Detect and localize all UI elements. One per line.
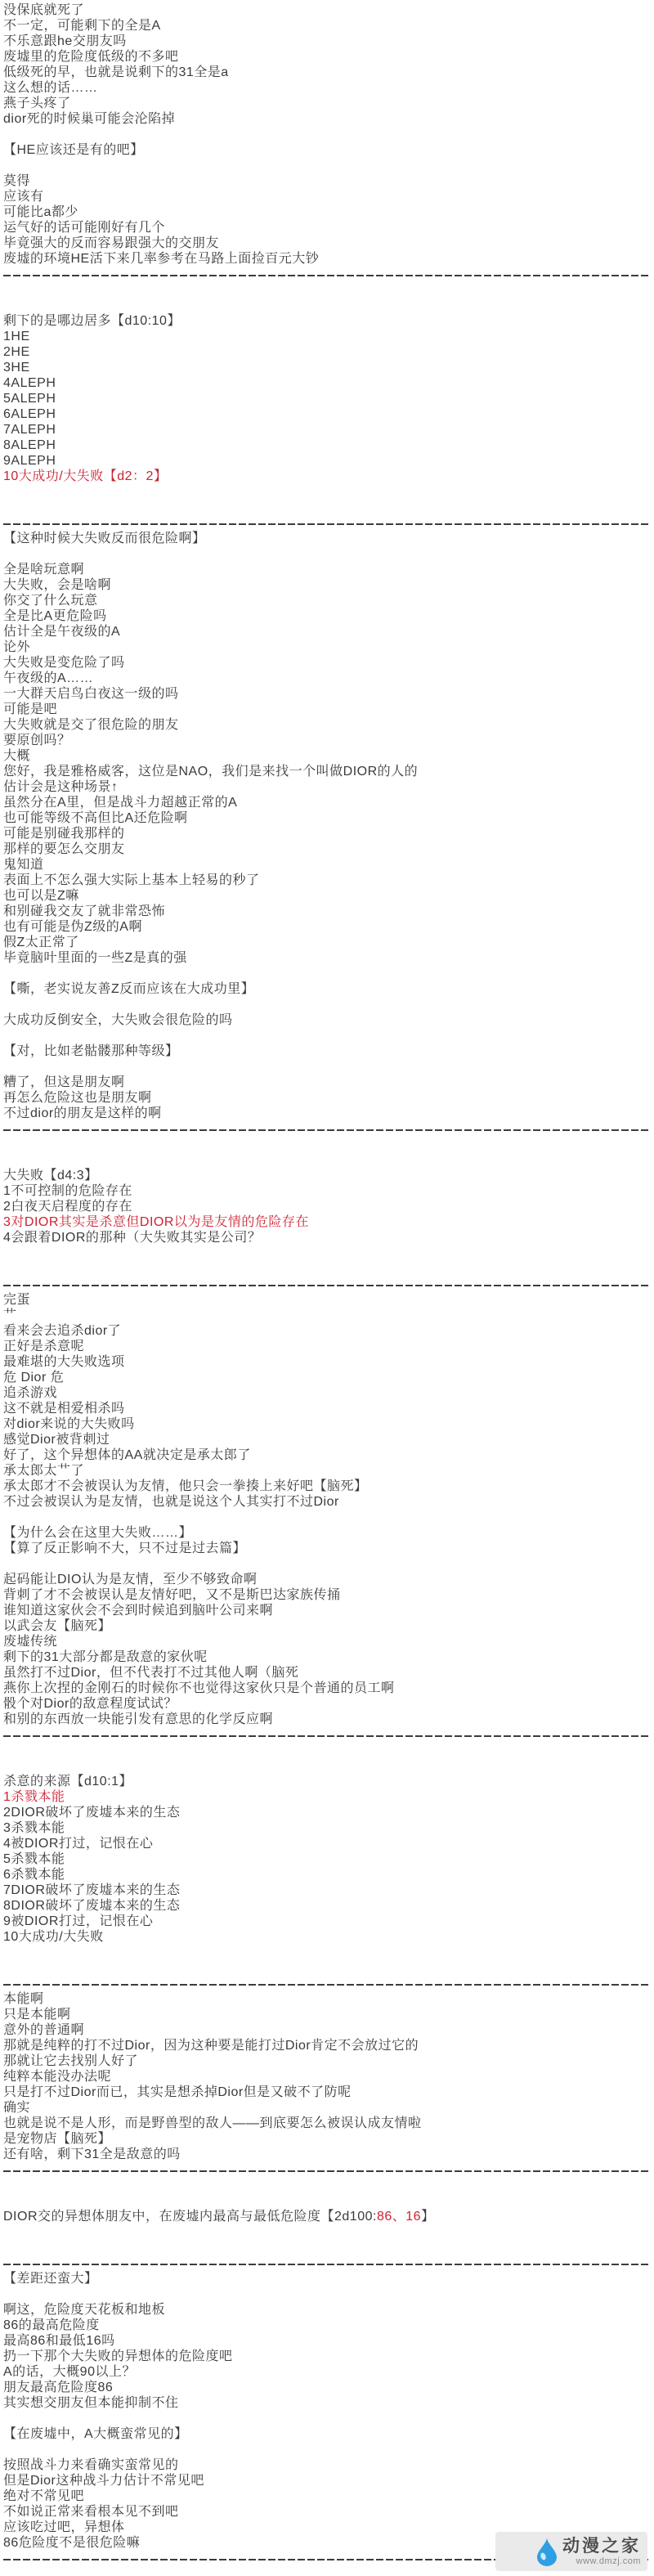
- text-segment: 最高86和最低16吗: [3, 2334, 115, 2348]
- text-segment: 大失败【d4:3】: [3, 1169, 98, 1183]
- text-line: 2HE: [3, 344, 654, 360]
- text-segment: 只是本能啊: [3, 2008, 71, 2022]
- text-segment: 大失败是变危险了吗: [3, 656, 125, 670]
- text-line: 废墟里的危险度低级的不多吧: [3, 49, 654, 65]
- text-line: 也可以是Z嘛: [3, 888, 654, 904]
- text-line: 可能是别碰我那样的: [3, 826, 654, 841]
- text-segment: 毕竟脑叶里面的一些Z是真的强: [3, 951, 187, 965]
- text-segment: 杀意的来源【d10:1】: [3, 1775, 132, 1788]
- text-segment: 也可能等级不高但比A还危险啊: [3, 811, 188, 825]
- blank-line: [3, 2442, 654, 2457]
- text-line: 最高86和最低16吗: [3, 2333, 654, 2349]
- separator-line: [3, 515, 651, 531]
- text-segment: 论外: [3, 640, 30, 654]
- text-line: 虽然分在A里，但是战斗力超越正常的A: [3, 795, 654, 810]
- text-line: 大失败【d4:3】: [3, 1168, 654, 1183]
- text-segment: 扔一下那个大失败的异想体的危险度吧: [3, 2349, 233, 2363]
- separator-line: [3, 2162, 651, 2178]
- text-line: 1杀戮本能: [3, 1789, 654, 1805]
- text-line: 10大成功/大失败【d2：2】: [3, 469, 654, 484]
- site-watermark: 动漫之家 www.dmzj.com: [495, 2532, 647, 2571]
- text-line: 骰个对Dior的敌意程度试试？: [3, 1696, 654, 1712]
- text-segment: 意外的普通啊: [3, 2023, 84, 2037]
- text-line: 表面上不怎么强大实际上基本上轻易的秒了: [3, 873, 654, 888]
- text-line: 7ALEPH: [3, 422, 654, 438]
- text-line: 6杀戮本能: [3, 1867, 654, 1883]
- text-segment: 不过dior的朋友是这样的啊: [3, 1106, 162, 1120]
- text-line: 没保底就死了: [3, 2, 654, 18]
- text-segment: DIOR交的异想体朋友中，在废墟内最高与最低危险度【2d100:: [3, 2210, 377, 2224]
- text-line: 1HE: [3, 329, 654, 344]
- text-line: 只是本能啊: [3, 2007, 654, 2022]
- text-line: 【为什么会在这里大失败……】: [3, 1525, 654, 1541]
- text-line: 但是Dior这种战斗力估计不常见吧: [3, 2473, 654, 2488]
- text-segment: 起码能让DIO认为是友情，至少不够致命啊: [3, 1573, 257, 1586]
- text-line: A的话，大概90以上？: [3, 2364, 654, 2380]
- text-segment: 【对，比如老骷髅那种等级】: [3, 1044, 179, 1058]
- blank-line: [3, 2178, 654, 2193]
- text-line: 估计全是午夜级的A: [3, 624, 654, 640]
- text-segment: 艹: [3, 1308, 17, 1322]
- blank-line: [3, 1945, 654, 1960]
- blank-line: [3, 127, 654, 142]
- text-line: 大成功反倒安全，大失败会很危险的吗: [3, 1012, 654, 1028]
- text-segment: 危 Dior 危: [3, 1371, 64, 1384]
- blank-line: [3, 1261, 654, 1277]
- text-segment: 8DIOR破坏了废墟本来的生态: [3, 1899, 180, 1913]
- text-segment: 一大群天启鸟白夜这一级的吗: [3, 687, 179, 701]
- blank-line: [3, 484, 654, 500]
- text-line: 鬼知道: [3, 857, 654, 873]
- text-line: 追杀游戏: [3, 1385, 654, 1401]
- text-segment: 3HE: [3, 361, 30, 375]
- text-segment: 】: [421, 2210, 435, 2224]
- text-line: 意外的普通啊: [3, 2022, 654, 2038]
- text-segment: 运气好的话可能刚好有几个: [3, 221, 165, 235]
- text-segment: 糟了，但这是朋友啊: [3, 1075, 125, 1089]
- text-line: 谁知道这家伙会不会到时候追到脑叶公司来啊: [3, 1603, 654, 1618]
- text-line: 那样的要怎么交朋友: [3, 841, 654, 857]
- text-segment: 朋友最高危险度86: [3, 2381, 113, 2394]
- text-line: 绝对不常见吧: [3, 2488, 654, 2504]
- text-line: 5杀戮本能: [3, 1851, 654, 1867]
- text-segment: 2HE: [3, 345, 30, 359]
- text-segment: 【HE应该还是有的吧】: [3, 143, 144, 157]
- text-line: 不过dior的朋友是这样的啊: [3, 1106, 654, 1121]
- text-segment: 6杀戮本能: [3, 1868, 65, 1882]
- text-segment: 86、16: [377, 2210, 421, 2224]
- text-segment: 感觉Dior被背刺过: [3, 1433, 110, 1447]
- text-line: 剩下的是哪边居多【d10:10】: [3, 313, 654, 329]
- text-segment: 也有可能是伪Z级的A啊: [3, 920, 142, 934]
- text-segment: 废墟里的危险度低级的不多吧: [3, 50, 179, 64]
- text-line: 其实想交朋友但本能抑制不住: [3, 2395, 654, 2411]
- text-segment: 废墟的环境HE活下来几率参考在马路上面捡百元大钞: [3, 252, 319, 266]
- text-segment: 3对DIOR其实是杀意但DIOR以为是友情的危险存在: [3, 1215, 309, 1229]
- text-segment: 8ALEPH: [3, 438, 56, 452]
- text-segment: 【为什么会在这里大失败……】: [3, 1526, 192, 1540]
- text-line: 莫得: [3, 173, 654, 189]
- text-segment: 10大成功/大失败【d2：2】: [3, 469, 167, 483]
- text-line: 再怎么危险这也是朋友啊: [3, 1090, 654, 1106]
- text-segment: 虽然打不过Dior，但不代表打不过其他人啊（脑死: [3, 1666, 298, 1680]
- text-segment: 没保底就死了: [3, 3, 84, 17]
- text-line: 不过会被误认为是友情，也就是说这个人其实打不过Dior: [3, 1494, 654, 1510]
- text-segment: 还有啥，剩下31全是敌意的吗: [3, 2147, 181, 2161]
- text-segment: dior死的时候巢可能会沦陷掉: [3, 112, 175, 126]
- text-line: 论外: [3, 640, 654, 655]
- blank-line: [3, 1960, 654, 1976]
- text-segment: 10大成功/大失败: [3, 1930, 104, 1944]
- blank-line: [3, 2240, 654, 2255]
- separator-line: [3, 1121, 651, 1137]
- text-segment: 剩下的31大部分都是敌意的家伙呢: [3, 1650, 208, 1664]
- text-segment: 可能比a都少: [3, 205, 78, 219]
- text-segment: 要原创吗？: [3, 734, 71, 747]
- separator-line: [3, 1727, 651, 1743]
- text-segment: 7ALEPH: [3, 423, 56, 437]
- text-line: 艹: [3, 1308, 654, 1323]
- text-segment: 86的最高危险度: [3, 2318, 100, 2332]
- text-segment: 1杀戮本能: [3, 1790, 65, 1804]
- text-segment: 3杀戮本能: [3, 1821, 65, 1835]
- blank-line: [3, 1758, 654, 1774]
- text-line: 毕竟强大的反而容易跟强大的交朋友: [3, 236, 654, 251]
- site-url: www.dmzj.com: [576, 2556, 641, 2567]
- blank-line: [3, 1152, 654, 1168]
- blank-line: [3, 1059, 654, 1075]
- text-segment: 大失败，会是啥啊: [3, 578, 111, 592]
- text-segment: 那就让它去找别人好了: [3, 2054, 138, 2068]
- blank-line: [3, 298, 654, 313]
- text-line: 3对DIOR其实是杀意但DIOR以为是友情的危险存在: [3, 1214, 654, 1230]
- text-line: 3杀戮本能: [3, 1820, 654, 1836]
- text-segment: 废墟传统: [3, 1635, 57, 1649]
- text-line: 那就让它去找别人好了: [3, 2053, 654, 2069]
- text-segment: A的话，大概90以上？: [3, 2365, 136, 2379]
- separator-line: [3, 1976, 651, 1991]
- separator-line: [3, 2255, 651, 2271]
- text-segment: 但是Dior这种战斗力估计不常见吧: [3, 2474, 204, 2488]
- blank-line: [3, 1743, 654, 1758]
- text-segment: 谁知道这家伙会不会到时候追到脑叶公司来啊: [3, 1604, 273, 1618]
- text-segment: 1HE: [3, 330, 30, 343]
- text-line: 2白夜天启程度的存在: [3, 1199, 654, 1214]
- text-line: 承太郎才不会被误认为友情，他只会一拳揍上来好吧【脑死】: [3, 1479, 654, 1494]
- text-segment: 是宠物店【脑死】: [3, 2132, 111, 2146]
- text-line: 承太郎太艹了: [3, 1463, 654, 1479]
- text-segment: 可能是吧: [3, 702, 57, 716]
- text-line: 毕竟脑叶里面的一些Z是真的强: [3, 950, 654, 966]
- text-line: 和别的东西放一块能引发有意思的化学反应啊: [3, 1712, 654, 1727]
- text-line: 以武会友【脑死】: [3, 1618, 654, 1634]
- text-segment: 7DIOR破坏了废墟本来的生态: [3, 1883, 180, 1897]
- blank-line: [3, 1245, 654, 1261]
- text-line: 废墟传统: [3, 1634, 654, 1649]
- blank-line: [3, 2224, 654, 2240]
- text-segment: 其实想交朋友但本能抑制不住: [3, 2396, 179, 2410]
- text-segment: 虽然分在A里，但是战斗力超越正常的A: [3, 796, 237, 810]
- text-line: 你交了什么玩意: [3, 593, 654, 608]
- text-segment: 完蛋: [3, 1293, 30, 1307]
- text-segment: 啊这，危险度天花板和地板: [3, 2303, 165, 2317]
- blank-line: [3, 997, 654, 1012]
- text-segment: 燕你上次捏的金刚石的时候你不也觉得这家伙只是个普通的员工啊: [3, 1681, 395, 1695]
- text-line: 好了，这个异想体的AA就决定是承太郎了: [3, 1447, 654, 1463]
- text-line: 看来会去追杀dior了: [3, 1323, 654, 1339]
- text-line: 大失败就是交了很危险的朋友: [3, 717, 654, 733]
- text-line: 起码能让DIO认为是友情，至少不够致命啊: [3, 1572, 654, 1587]
- blank-line: [3, 1510, 654, 1525]
- text-segment: 【嘶，老实说友善Z反而应该在大成功里】: [3, 982, 254, 996]
- text-segment: 大成功反倒安全，大失败会很危险的吗: [3, 1013, 233, 1027]
- water-drop-icon: [536, 2537, 558, 2566]
- text-segment: 4会跟着DIOR的那种（大失败其实是公司？: [3, 1231, 261, 1245]
- text-segment: 9被DIOR打过，记恨在心: [3, 1914, 153, 1928]
- blank-line: [3, 1028, 654, 1043]
- text-segment: 和别的东西放一块能引发有意思的化学反应啊: [3, 1712, 273, 1726]
- text-segment: 【差距还蛮大】: [3, 2272, 98, 2286]
- text-line: 8ALEPH: [3, 438, 654, 453]
- text-line: 大失败，会是啥啊: [3, 577, 654, 593]
- blank-line: [3, 1556, 654, 1572]
- text-line: 朋友最高危险度86: [3, 2380, 654, 2395]
- text-segment: 绝对不常见吧: [3, 2489, 84, 2503]
- text-segment: 莫得: [3, 174, 30, 188]
- text-line: 全是啥玩意啊: [3, 562, 654, 577]
- text-segment: 承太郎才不会被误认为友情，他只会一拳揍上来好吧【脑死】: [3, 1479, 368, 1493]
- text-line: 最难堪的大失败选项: [3, 1354, 654, 1370]
- text-segment: 全是啥玩意啊: [3, 563, 84, 577]
- text-line: 也就是说不是人形，而是野兽型的敌人——到底要怎么被误认成友情啦: [3, 2116, 654, 2131]
- text-line: 【算了反正影响不大，只不过是过去篇】: [3, 1541, 654, 1556]
- text-segment: 【算了反正影响不大，只不过是过去篇】: [3, 1542, 246, 1555]
- text-segment: 低级死的早，也就是说剩下的31全是a: [3, 65, 229, 79]
- text-line: 那就是纯粹的打不过Dior，因为这种要是能打过Dior肯定不会放过它的: [3, 2038, 654, 2053]
- text-line: 86的最高危险度: [3, 2318, 654, 2333]
- text-segment: 毕竟强大的反而容易跟强大的交朋友: [3, 236, 219, 250]
- text-segment: 假Z太正常了: [3, 936, 79, 949]
- text-line: 纯粹本能没办法呢: [3, 2069, 654, 2085]
- text-line: 不如说正常来看根本见不到吧: [3, 2504, 654, 2520]
- text-line: 危 Dior 危: [3, 1370, 654, 1385]
- separator-line: [3, 267, 651, 282]
- text-line: 4ALEPH: [3, 375, 654, 391]
- text-segment: 可能是别碰我那样的: [3, 827, 125, 841]
- text-line: 也有可能是伪Z级的A啊: [3, 919, 654, 935]
- text-line: 4会跟着DIOR的那种（大失败其实是公司？: [3, 1230, 654, 1245]
- text-line: 假Z太正常了: [3, 935, 654, 950]
- text-line: 燕子头疼了: [3, 96, 654, 111]
- watermark-text: 动漫之家 www.dmzj.com: [562, 2537, 641, 2567]
- text-line: DIOR交的异想体朋友中，在废墟内最高与最低危险度【2d100:86、16】: [3, 2209, 654, 2224]
- text-line: 9ALEPH: [3, 453, 654, 469]
- text-line: 10大成功/大失败: [3, 1929, 654, 1945]
- text-segment: 鬼知道: [3, 858, 44, 872]
- text-segment: 那样的要怎么交朋友: [3, 842, 125, 856]
- text-segment: 只是打不过Dior而已，其实是想杀掉Dior但是又破不了防呢: [3, 2085, 352, 2099]
- text-segment: 燕子头疼了: [3, 96, 71, 110]
- text-segment: 86危险度不是很危险嘛: [3, 2536, 140, 2550]
- text-segment: 对dior来说的大失败吗: [3, 1417, 135, 1431]
- text-line: 大概: [3, 748, 654, 764]
- text-line: 一大群天启鸟白夜这一级的吗: [3, 686, 654, 702]
- text-segment: 应该有: [3, 190, 44, 204]
- text-segment: 最难堪的大失败选项: [3, 1355, 125, 1369]
- text-segment: 1不可控制的危险存在: [3, 1184, 132, 1198]
- text-line: 【这种时候大失败反而很危险啊】: [3, 531, 654, 546]
- text-line: 【HE应该还是有的吧】: [3, 142, 654, 158]
- text-segment: 再怎么危险这也是朋友啊: [3, 1091, 152, 1105]
- blank-line: [3, 500, 654, 515]
- text-line: 可能是吧: [3, 702, 654, 717]
- text-line: 扔一下那个大失败的异想体的危险度吧: [3, 2349, 654, 2364]
- text-line: 糟了，但这是朋友啊: [3, 1075, 654, 1090]
- text-line: 啊这，危险度天花板和地板: [3, 2302, 654, 2318]
- text-segment: 这不就是相爱相杀吗: [3, 1402, 125, 1416]
- blank-line: [3, 1137, 654, 1152]
- text-line: 不乐意跟he交朋友吗: [3, 34, 654, 49]
- text-segment: 9ALEPH: [3, 454, 56, 468]
- text-line: 是宠物店【脑死】: [3, 2131, 654, 2147]
- text-line: 运气好的话可能刚好有几个: [3, 220, 654, 236]
- text-line: 确实: [3, 2100, 654, 2116]
- text-segment: 确实: [3, 2101, 30, 2115]
- text-line: 大失败是变危险了吗: [3, 655, 654, 671]
- text-segment: 表面上不怎么强大实际上基本上轻易的秒了: [3, 873, 260, 887]
- text-line: 3HE: [3, 360, 654, 375]
- text-segment: 以武会友【脑死】: [3, 1619, 111, 1633]
- text-line: 7DIOR破坏了废墟本来的生态: [3, 1883, 654, 1898]
- text-segment: 背刺了才不会被误认是友情好吧，又不是斯巴达家族传捅: [3, 1588, 341, 1602]
- text-segment: 大失败就是交了很危险的朋友: [3, 718, 179, 732]
- text-segment: 不乐意跟he交朋友吗: [3, 34, 127, 48]
- text-segment: 应该吃过吧，异想体: [3, 2520, 125, 2534]
- text-segment: 大概: [3, 749, 30, 763]
- text-line: 杀意的来源【d10:1】: [3, 1774, 654, 1789]
- text-segment: 追杀游戏: [3, 1386, 57, 1400]
- separator-line: [3, 1277, 651, 1292]
- text-line: 燕你上次捏的金刚石的时候你不也觉得这家伙只是个普通的员工啊: [3, 1681, 654, 1696]
- text-line: 要原创吗？: [3, 733, 654, 748]
- text-line: 正好是杀意呢: [3, 1339, 654, 1354]
- text-line: 1不可控制的危险存在: [3, 1183, 654, 1199]
- blank-line: [3, 966, 654, 981]
- text-line: 虽然打不过Dior，但不代表打不过其他人啊（脑死: [3, 1665, 654, 1681]
- text-segment: 2白夜天启程度的存在: [3, 1200, 132, 1214]
- text-segment: 剩下的是哪边居多【d10:10】: [3, 314, 181, 328]
- text-segment: 按照战斗力来看确实蛮常见的: [3, 2458, 179, 2472]
- text-segment: 您好，我是雅格威客，这位是NAO，我们是来找一个叫做DIOR的人的: [3, 765, 418, 779]
- text-line: 只是打不过Dior而已，其实是想杀掉Dior但是又破不了防呢: [3, 2085, 654, 2100]
- text-line: 您好，我是雅格威客，这位是NAO，我们是来找一个叫做DIOR的人的: [3, 764, 654, 779]
- text-line: 午夜级的A……: [3, 671, 654, 686]
- text-line: 【在废墟中，A大概蛮常见的】: [3, 2426, 654, 2442]
- text-segment: 好了，这个异想体的AA就决定是承太郎了: [3, 1448, 251, 1462]
- text-line: 【对，比如老骷髅那种等级】: [3, 1043, 654, 1059]
- text-line: 9被DIOR打过，记恨在心: [3, 1914, 654, 1929]
- text-line: 不一定，可能剩下的全是A: [3, 18, 654, 34]
- text-line: 完蛋: [3, 1292, 654, 1308]
- text-segment: 【在废墟中，A大概蛮常见的】: [3, 2427, 188, 2441]
- blank-line: [3, 158, 654, 173]
- text-line: 应该有: [3, 189, 654, 204]
- text-segment: 6ALEPH: [3, 407, 56, 421]
- text-segment: 5杀戮本能: [3, 1852, 65, 1866]
- text-line: 8DIOR破坏了废墟本来的生态: [3, 1898, 654, 1914]
- text-segment: 不过会被误认为是友情，也就是说这个人其实打不过Dior: [3, 1495, 339, 1509]
- text-segment: 【这种时候大失败反而很危险啊】: [3, 532, 206, 545]
- text-segment: 5ALEPH: [3, 392, 56, 406]
- text-line: 低级死的早，也就是说剩下的31全是a: [3, 65, 654, 80]
- text-line: 还有啥，剩下31全是敌意的吗: [3, 2147, 654, 2162]
- content: 没保底就死了不一定，可能剩下的全是A不乐意跟he交朋友吗废墟里的危险度低级的不多…: [0, 0, 654, 2566]
- text-line: 【差距还蛮大】: [3, 2271, 654, 2287]
- text-line: 背刺了才不会被误认是友情好吧，又不是斯巴达家族传捅: [3, 1587, 654, 1603]
- text-line: 感觉Dior被背刺过: [3, 1432, 654, 1447]
- text-line: 废墟的环境HE活下来几率参考在马路上面捡百元大钞: [3, 251, 654, 267]
- text-line: 按照战斗力来看确实蛮常见的: [3, 2457, 654, 2473]
- site-name: 动漫之家: [562, 2537, 641, 2556]
- text-segment: 不一定，可能剩下的全是A: [3, 19, 161, 33]
- text-segment: 估计全是午夜级的A: [3, 625, 120, 639]
- text-line: 可能比a都少: [3, 204, 654, 220]
- text-segment: 那就是纯粹的打不过Dior，因为这种要是能打过Dior肯定不会放过它的: [3, 2039, 419, 2053]
- text-line: dior死的时候巢可能会沦陷掉: [3, 111, 654, 127]
- text-line: 也可能等级不高但比A还危险啊: [3, 810, 654, 826]
- text-segment: 正好是杀意呢: [3, 1340, 84, 1353]
- text-line: 和别碰我交友了就非常恐怖: [3, 904, 654, 919]
- text-segment: 骰个对Dior的敌意程度试试？: [3, 1697, 177, 1711]
- text-segment: 4被DIOR打过，记恨在心: [3, 1837, 153, 1851]
- text-segment: 本能啊: [3, 1992, 44, 2006]
- blank-line: [3, 2411, 654, 2426]
- text-line: 5ALEPH: [3, 391, 654, 406]
- blank-line: [3, 2193, 654, 2209]
- text-line: 【嘶，老实说友善Z反而应该在大成功里】: [3, 981, 654, 997]
- text-segment: 纯粹本能没办法呢: [3, 2070, 111, 2084]
- text-segment: 和别碰我交友了就非常恐怖: [3, 904, 165, 918]
- text-line: 剩下的31大部分都是敌意的家伙呢: [3, 1649, 654, 1665]
- blank-line: [3, 2287, 654, 2302]
- text-segment: 也可以是Z嘛: [3, 889, 79, 903]
- text-segment: 午夜级的A……: [3, 671, 93, 685]
- text-segment: 看来会去追杀dior了: [3, 1324, 121, 1338]
- text-segment: 全是比A更危险吗: [3, 609, 107, 623]
- text-segment: 不如说正常来看根本见不到吧: [3, 2505, 179, 2519]
- text-line: 本能啊: [3, 1991, 654, 2007]
- text-segment: 你交了什么玩意: [3, 594, 98, 608]
- text-segment: 4ALEPH: [3, 376, 56, 390]
- text-line: 4被DIOR打过，记恨在心: [3, 1836, 654, 1851]
- text-line: 这么想的话……: [3, 80, 654, 96]
- blank-line: [3, 546, 654, 562]
- text-line: 全是比A更危险吗: [3, 608, 654, 624]
- text-segment: 这么想的话……: [3, 81, 98, 95]
- text-line: 2DIOR破坏了废墟本来的生态: [3, 1805, 654, 1820]
- text-line: 对dior来说的大失败吗: [3, 1416, 654, 1432]
- blank-line: [3, 282, 654, 298]
- text-segment: 承太郎太艹了: [3, 1464, 84, 1478]
- text-segment: 估计会是这种场景↑: [3, 780, 119, 794]
- text-line: 估计会是这种场景↑: [3, 779, 654, 795]
- text-line: 这不就是相爱相杀吗: [3, 1401, 654, 1416]
- text-line: 6ALEPH: [3, 406, 654, 422]
- text-segment: 2DIOR破坏了废墟本来的生态: [3, 1806, 180, 1820]
- text-segment: 也就是说不是人形，而是野兽型的敌人——到底要怎么被误认成友情啦: [3, 2116, 422, 2130]
